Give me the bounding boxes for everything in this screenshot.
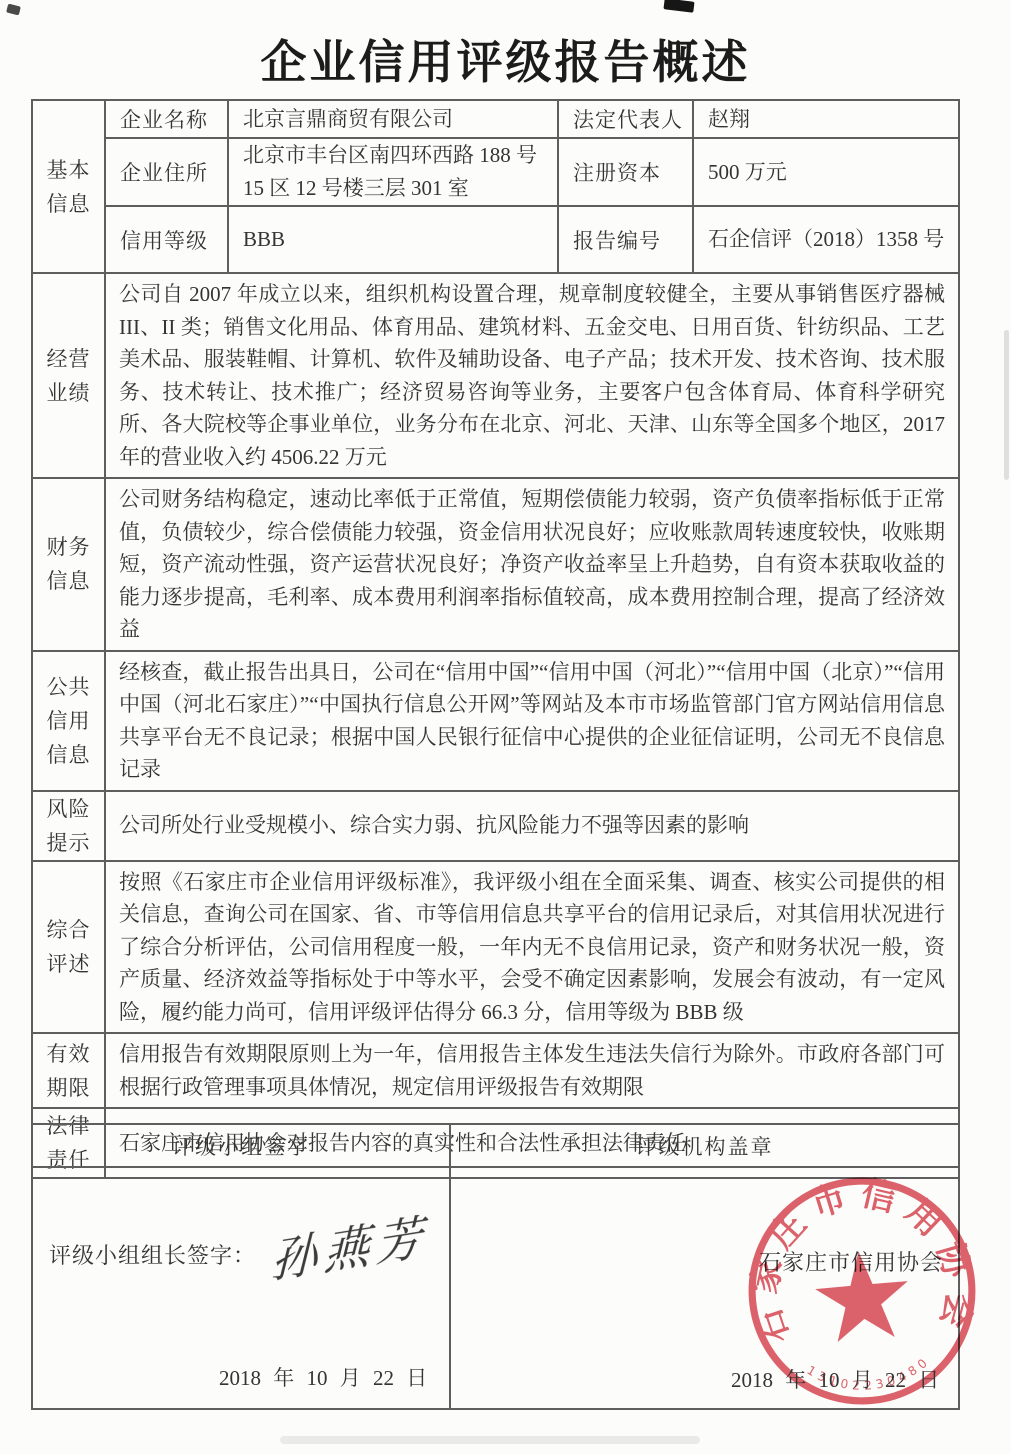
field-value-registered-capital: 500 万元 [693,138,959,206]
table-row: 综合评述 按照《石家庄市企业信用评级标准》，我评级小组在全面采集、调查、核实公司… [32,861,959,1034]
signature-table: 评级小组签字 评级机构盖章 评级小组组长签字： 孙燕芳 2018 年 10 月 … [31,1123,960,1410]
field-value-company-address: 北京市丰台区南四环西路 188 号 15 区 12 号楼三层 301 室 [228,138,558,206]
table-row: 评级小组组长签字： 孙燕芳 2018 年 10 月 22 日 石家庄市信用协会 … [32,1167,959,1409]
agency-seal-cell: 石家庄市信用协会 石家庄市信用协会 13102230480 [450,1167,959,1409]
scan-artifact [663,0,694,13]
field-label-legal-representative: 法定代表人 [558,100,693,138]
section-header-risk-warning: 风险提示 [32,791,105,861]
field-value-credit-rating: BBB [228,206,558,273]
field-label-registered-capital: 注册资本 [558,138,693,206]
handwritten-signature: 孙燕芳 [270,1199,428,1292]
rating-team-signature-header: 评级小组签字 [32,1124,450,1167]
section-header-business-performance: 经营业绩 [32,273,105,478]
table-row: 风险提示 公司所处行业受规模小、综合实力弱、抗风险能力不强等因素的影响 [32,791,959,861]
table-row: 财务信息 公司财务结构稳定，速动比率低于正常值，短期偿债能力较弱，资产负债率指标… [32,478,959,651]
field-value-company-name: 北京言鼎商贸有限公司 [228,100,558,138]
team-leader-signature-label: 评级小组组长签字： [49,1239,256,1270]
rating-agency-seal-header: 评级机构盖章 [450,1124,959,1167]
field-label-company-name: 企业名称 [105,100,228,138]
section-header-validity-period: 有效期限 [32,1033,105,1108]
table-row: 公共信用信息 经核查，截止报告出具日，公司在“信用中国”“信用中国（河北）”“信… [32,651,959,791]
table-row: 经营业绩 公司自 2007 年成立以来，组织机构设置合理，规章制度较健全，主要从… [32,273,959,478]
table-row: 评级小组签字 评级机构盖章 [32,1124,959,1167]
section-header-comprehensive-review: 综合评述 [32,861,105,1034]
team-leader-signature-cell: 评级小组组长签字： 孙燕芳 2018 年 10 月 22 日 [32,1167,450,1409]
section-text-financial-info: 公司财务结构稳定，速动比率低于正常值，短期偿债能力较弱，资产负债率指标低于正常值… [105,478,959,651]
section-header-financial-info: 财务信息 [32,478,105,651]
section-text-public-credit-info: 经核查，截止报告出具日，公司在“信用中国”“信用中国（河北）”“信用中国（北京）… [105,651,959,791]
section-text-validity-period: 信用报告有效期限原则上为一年，信用报告主体发生违法失信行为除外。市政府各部门可根… [105,1033,959,1108]
table-row: 基本信息 企业名称 北京言鼎商贸有限公司 法定代表人 赵翔 [32,100,959,138]
agency-name-text: 石家庄市信用协会 [759,1246,943,1277]
table-row: 企业住所 北京市丰台区南四环西路 188 号 15 区 12 号楼三层 301 … [32,138,959,206]
signature-date-left: 2018 年 10 月 22 日 [219,1362,427,1392]
signature-date-right: 2018 年 10 月 22 日 [731,1364,939,1394]
table-row: 信用等级 BBB 报告编号 石企信评（2018）1358 号 [32,206,959,273]
field-label-credit-rating: 信用等级 [105,206,228,273]
document-page: 企业信用评级报告概述 基本信息 企业名称 北京言鼎商贸有限公司 法定代表人 赵翔… [0,0,1011,1454]
report-table: 基本信息 企业名称 北京言鼎商贸有限公司 法定代表人 赵翔 企业住所 北京市丰台… [31,99,960,1179]
field-label-company-address: 企业住所 [105,138,228,206]
field-value-report-number: 石企信评（2018）1358 号 [693,206,959,273]
section-text-business-performance: 公司自 2007 年成立以来，组织机构设置合理，规章制度较健全，主要从事销售医疗… [105,273,959,478]
section-header-basic-info: 基本信息 [32,100,105,273]
scan-artifact [280,1436,700,1444]
field-value-legal-representative: 赵翔 [693,100,959,138]
section-header-public-credit-info: 公共信用信息 [32,651,105,791]
scan-artifact [1004,330,1009,480]
section-text-comprehensive-review: 按照《石家庄市企业信用评级标准》，我评级小组在全面采集、调查、核实公司提供的相关… [105,861,959,1034]
section-text-risk-warning: 公司所处行业受规模小、综合实力弱、抗风险能力不强等因素的影响 [105,791,959,861]
field-label-report-number: 报告编号 [558,206,693,273]
scan-artifact [6,4,21,16]
table-row: 有效期限 信用报告有效期限原则上为一年，信用报告主体发生违法失信行为除外。市政府… [32,1033,959,1108]
page-title: 企业信用评级报告概述 [0,26,1011,92]
